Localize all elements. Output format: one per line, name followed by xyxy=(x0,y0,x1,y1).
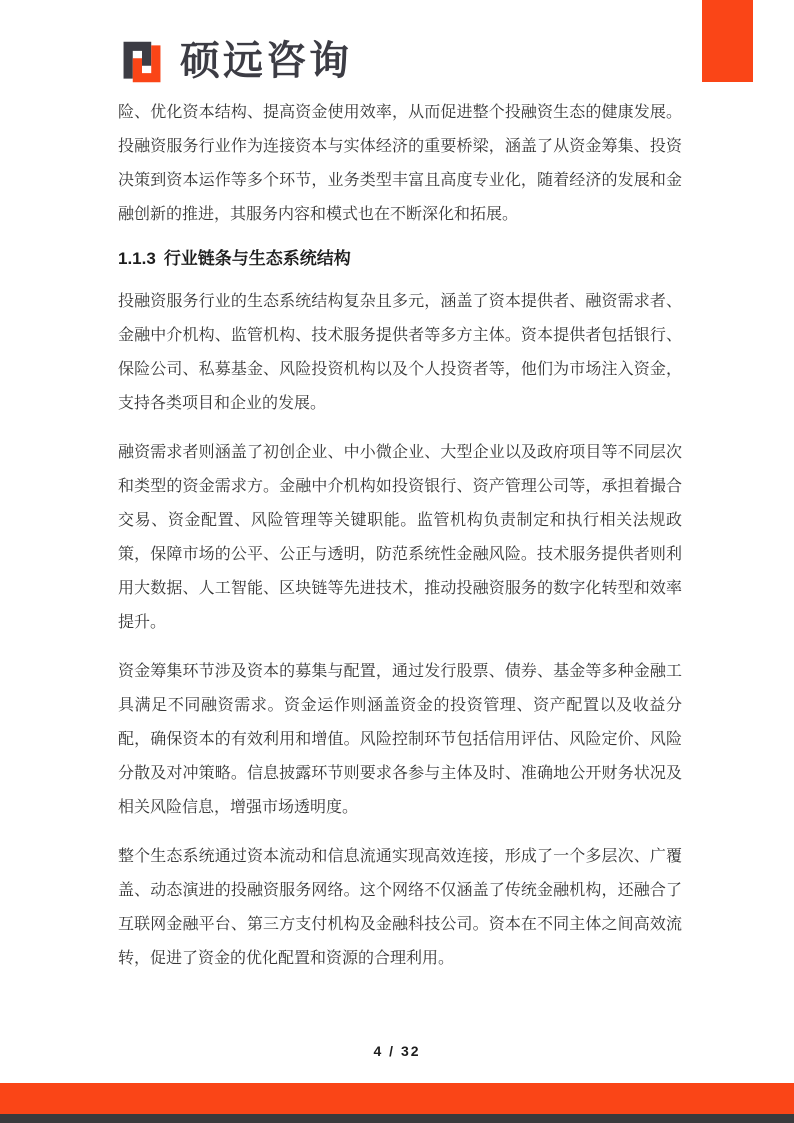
footer-accent-bar xyxy=(0,1083,794,1114)
brand-logo-icon xyxy=(118,38,166,86)
section-heading: 1.1.3行业链条与生态系统结构 xyxy=(118,247,682,271)
top-right-accent-block xyxy=(702,0,753,82)
document-body: 险、优化资本结构、提高资金使用效率，从而促进整个投融资生态的健康发展。投融资服务… xyxy=(118,96,682,991)
footer-dark-bar xyxy=(0,1114,794,1123)
section-title: 行业链条与生态系统结构 xyxy=(164,249,351,268)
section-number: 1.1.3 xyxy=(118,249,156,268)
body-paragraph: 险、优化资本结构、提高资金使用效率，从而促进整个投融资生态的健康发展。投融资服务… xyxy=(118,96,682,232)
page-number: 4 / 32 xyxy=(0,1043,794,1059)
body-paragraph: 整个生态系统通过资本流动和信息流通实现高效连接，形成了一个多层次、广覆盖、动态演… xyxy=(118,840,682,976)
brand-logo-text: 硕远咨询 xyxy=(180,41,352,83)
body-paragraph: 融资需求者则涵盖了初创企业、中小微企业、大型企业以及政府项目等不同层次和类型的资… xyxy=(118,436,682,640)
brand-header: 硕远咨询 xyxy=(118,38,352,86)
body-paragraph: 投融资服务行业的生态系统结构复杂且多元，涵盖了资本提供者、融资需求者、金融中介机… xyxy=(118,285,682,421)
body-paragraph: 资金筹集环节涉及资本的募集与配置，通过发行股票、债券、基金等多种金融工具满足不同… xyxy=(118,655,682,825)
document-page: 硕远咨询 险、优化资本结构、提高资金使用效率，从而促进整个投融资生态的健康发展。… xyxy=(0,0,794,1123)
